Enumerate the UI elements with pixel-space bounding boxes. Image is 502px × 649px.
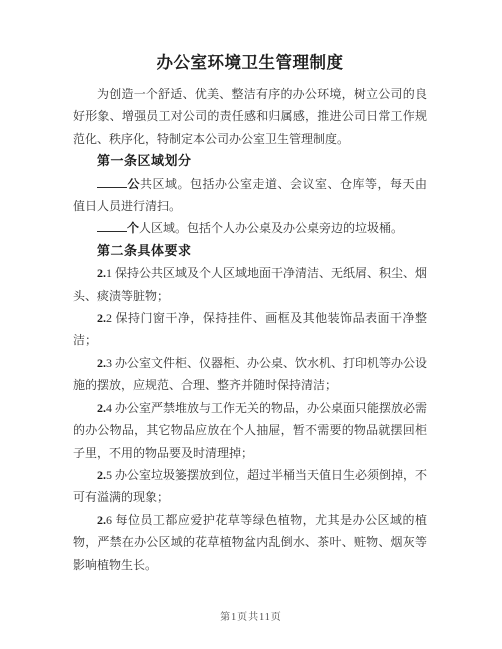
text-run: 6 每位员工都应爱护花草等绿色植物，尤其是办公区域的植物，严禁在办公区域的花草植… bbox=[73, 513, 427, 572]
document-body: 为创造一个舒适、优美、整洁有序的办公环境，树立公司的良好形象、增强员工对公司的责… bbox=[73, 83, 427, 576]
text-run: 2. bbox=[97, 311, 106, 325]
paragraph: 个人区域。包括个人办公桌及办公桌旁边的垃圾桶。 bbox=[73, 217, 427, 239]
text-run: 4 办公室严禁堆放与工作无关的物品，办公桌面只能摆放必需的办公物品，其它物品应放… bbox=[73, 401, 427, 460]
section-heading: 第二条具体要求 bbox=[73, 240, 427, 262]
paragraph: 公共区域。包括办公室走道、会议室、仓库等，每天由值日人员进行清扫。 bbox=[73, 173, 427, 218]
text-run: 个 bbox=[127, 221, 139, 235]
text-run: 3 办公室文件柜、仪器柜、办公桌、饮水机、打印机等办公设施的摆放，应规范、合理、… bbox=[73, 356, 427, 392]
text-run: 2. bbox=[97, 513, 106, 527]
document-page: 办公室环境卫生管理制度 为创造一个舒适、优美、整洁有序的办公环境，树立公司的良好… bbox=[0, 0, 502, 649]
text-run: 为创造一个舒适、优美、整洁有序的办公环境，树立公司的良好形象、增强员工对公司的责… bbox=[73, 87, 427, 146]
paragraph: 2.3 办公室文件柜、仪器柜、办公桌、饮水机、打印机等办公设施的摆放，应规范、合… bbox=[73, 352, 427, 397]
paragraph: 为创造一个舒适、优美、整洁有序的办公环境，树立公司的良好形象、增强员工对公司的责… bbox=[73, 83, 427, 150]
text-run: 2. bbox=[97, 468, 106, 482]
text-run: 公 bbox=[127, 177, 140, 191]
paragraph: 2.4 办公室严禁堆放与工作无关的物品，办公桌面只能摆放必需的办公物品，其它物品… bbox=[73, 397, 427, 464]
underline-blank bbox=[97, 176, 127, 188]
page-footer: 第1页共11页 bbox=[0, 608, 502, 623]
section-heading: 第一条区域划分 bbox=[73, 150, 427, 172]
underline-blank bbox=[97, 220, 127, 232]
document-content: 办公室环境卫生管理制度 为创造一个舒适、优美、整洁有序的办公环境，树立公司的良好… bbox=[73, 52, 427, 576]
text-run: 2 保持门窗干净，保持挂件、画框及其他装饰品表面干净整洁； bbox=[73, 311, 427, 347]
text-run: 2. bbox=[97, 356, 106, 370]
text-run: 2. bbox=[97, 266, 106, 280]
paragraph: 2.5 办公室垃圾篓摆放到位，超过半桶当天值日生必须倒掉，不可有溢满的现象； bbox=[73, 464, 427, 509]
text-run: 1 保持公共区域及个人区域地面干净清洁、无纸屑、积尘、烟头、痰渍等脏物； bbox=[73, 266, 427, 302]
paragraph: 2.6 每位员工都应爱护花草等绿色植物，尤其是办公区域的植物，严禁在办公区域的花… bbox=[73, 509, 427, 576]
paragraph: 2.2 保持门窗干净，保持挂件、画框及其他装饰品表面干净整洁； bbox=[73, 307, 427, 352]
text-run: 5 办公室垃圾篓摆放到位，超过半桶当天值日生必须倒掉，不可有溢满的现象； bbox=[73, 468, 427, 504]
paragraph: 2.1 保持公共区域及个人区域地面干净清洁、无纸屑、积尘、烟头、痰渍等脏物； bbox=[73, 262, 427, 307]
text-run: 2. bbox=[97, 401, 106, 415]
page-title: 办公室环境卫生管理制度 bbox=[73, 52, 427, 74]
text-run: 人区域。包括个人办公桌及办公桌旁边的垃圾桶。 bbox=[139, 221, 403, 235]
